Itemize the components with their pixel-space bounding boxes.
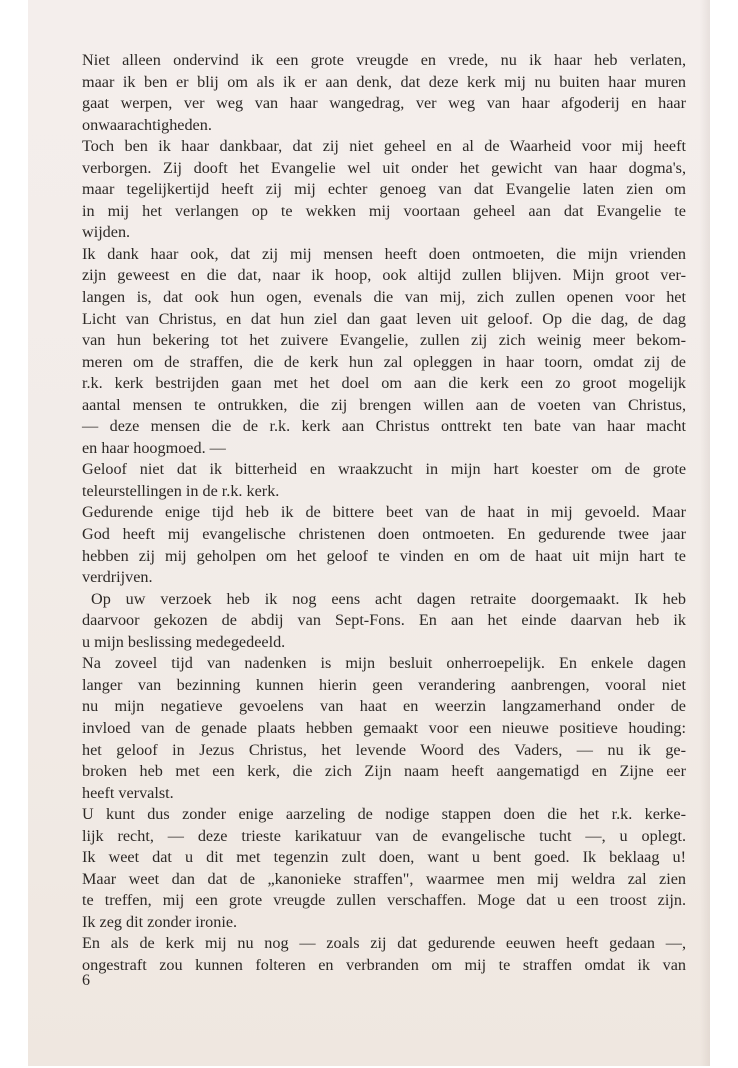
text-line: langen is, dat ook hun ogen, evenals die… xyxy=(82,287,686,309)
text-line: lijk recht, — deze trieste karikatuur va… xyxy=(82,826,686,848)
text-line: Ik weet dat u dit met tegenzin zult doen… xyxy=(82,847,686,869)
text-line: te treffen, mij een grote vreugde zullen… xyxy=(82,890,686,912)
text-line: Ik dank haar ook, dat zij mij mensen hee… xyxy=(82,244,686,266)
text-line: r.k. kerk bestrijden gaan met het doel o… xyxy=(82,373,686,395)
text-line: maar tegelijkertijd heeft zij mij echter… xyxy=(82,179,686,201)
text-line: en haar hoogmoed. — xyxy=(82,438,686,460)
text-line: langer van bezinning kunnen hierin geen … xyxy=(82,675,686,697)
text-line: meren om de straffen, die de kerk hun za… xyxy=(82,352,686,374)
text-line: onwaarachtigheden. xyxy=(82,115,686,137)
text-line: aantal mensen te ontrukken, die zij bren… xyxy=(82,395,686,417)
text-line: verborgen. Zij dooft het Evangelie wel u… xyxy=(82,158,686,180)
text-line: — deze mensen die de r.k. kerk aan Chris… xyxy=(82,416,686,438)
text-line: Toch ben ik haar dankbaar, dat zij niet … xyxy=(82,136,686,158)
text-line: hebben zij mij geholpen om het geloof te… xyxy=(82,546,686,568)
text-line: En als de kerk mij nu nog — zoals zij da… xyxy=(82,933,686,955)
text-line: wijden. xyxy=(82,222,686,244)
text-line: verdrijven. xyxy=(82,567,686,589)
text-line: Geloof niet dat ik bitterheid en wraakzu… xyxy=(82,459,686,481)
text-line: God heeft mij evangelische christenen do… xyxy=(82,524,686,546)
text-line: Gedurende enige tijd heb ik de bittere b… xyxy=(82,502,686,524)
text-line: Niet alleen ondervind ik een grote vreug… xyxy=(82,50,686,72)
text-line: Ik zeg dit zonder ironie. xyxy=(82,912,686,934)
text-line: gaat werpen, ver weg van haar wangedrag,… xyxy=(82,93,686,115)
text-line: ongestraft zou kunnen folteren en verbra… xyxy=(82,955,686,977)
text-line: invloed van de genade plaats hebben gema… xyxy=(82,718,686,740)
text-line: in mij het verlangen op te wekken mij vo… xyxy=(82,201,686,223)
text-line: Licht van Christus, en dat hun ziel dan … xyxy=(82,309,686,331)
text-line: broken heb met een kerk, die zich Zijn n… xyxy=(82,761,686,783)
text-line: u mijn beslissing medegedeeld. xyxy=(82,632,686,654)
text-line: maar ik ben er blij om als ik er aan den… xyxy=(82,72,686,94)
text-line: van hun bekering tot het zuivere Evangel… xyxy=(82,330,686,352)
text-line: heeft vervalst. xyxy=(82,783,686,805)
text-line: Na zoveel tijd van nadenken is mijn besl… xyxy=(82,653,686,675)
body-text: Niet alleen ondervind ik een grote vreug… xyxy=(82,50,686,977)
page-number: 6 xyxy=(82,972,90,990)
text-line: het geloof in Jezus Christus, het levend… xyxy=(82,740,686,762)
text-line: teleurstellingen in de r.k. kerk. xyxy=(82,481,686,503)
text-line: Op uw verzoek heb ik nog eens acht dagen… xyxy=(82,589,686,611)
text-line: Maar weet dan dat de „kanonieke straffen… xyxy=(82,869,686,891)
text-line: daarvoor gekozen de abdij van Sept-Fons.… xyxy=(82,610,686,632)
text-line: nu mijn negatieve gevoelens van haat en … xyxy=(82,696,686,718)
text-line: zijn geweest en die dat, naar ik hoop, o… xyxy=(82,265,686,287)
book-page: Niet alleen ondervind ik een grote vreug… xyxy=(28,0,710,1066)
text-line: U kunt dus zonder enige aarzeling de nod… xyxy=(82,804,686,826)
